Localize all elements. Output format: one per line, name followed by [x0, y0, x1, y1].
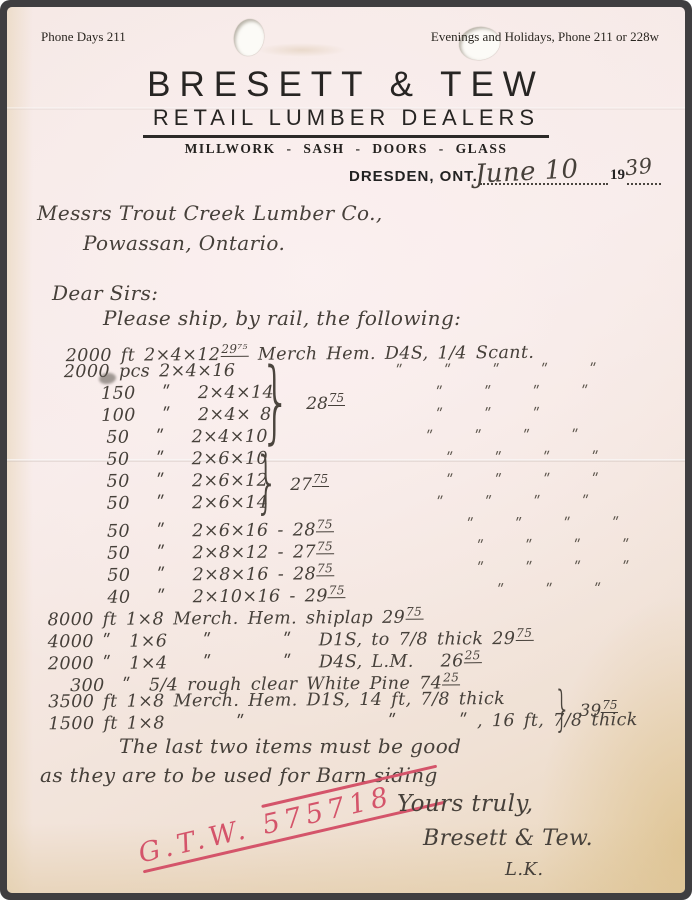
letter-paper: Phone Days 211 Evenings and Holidays, Ph… — [7, 7, 685, 893]
signoff-initials: L.K. — [505, 859, 543, 880]
brace-glyph: } — [554, 685, 571, 733]
price-superscript: 75 — [328, 583, 346, 598]
order-text: 50 ʺ 2×6×12 — [107, 471, 269, 492]
signoff-signature: Bresett & Tew. — [423, 826, 593, 851]
salutation: Dear Sirs: — [52, 281, 158, 305]
phone-evenings-text: Evenings and Holidays, Phone 211 or 228w — [431, 29, 659, 45]
price-superscript: 75 — [515, 626, 533, 641]
place-label: DRESDEN, ONT. — [349, 168, 478, 185]
paper-stain — [257, 43, 347, 57]
price-superscript: 25 — [442, 670, 460, 685]
ditto-marks: ʺ ʺ ʺ ʺ — [446, 446, 599, 469]
order-text: 3500 ft 1×8 Merch. Hem. D1S, 14 ft, 7/8 … — [48, 689, 505, 712]
ditto-marks: ʺ ʺ ʺ ʺ — [477, 556, 630, 579]
opening-line: Please ship, by rail, the following: — [103, 306, 461, 330]
group-price: 2775 — [290, 472, 329, 495]
group-price: 3975 — [580, 698, 619, 721]
recipient-address: Powassan, Ontario. — [83, 231, 285, 255]
brace-glyph: } — [260, 357, 291, 447]
group-brace: }2875 — [247, 357, 345, 447]
price-superscript: 75 — [405, 605, 423, 620]
year-printed: 19 — [610, 167, 625, 185]
price-superscript: 75 — [312, 472, 329, 487]
date-handwritten: June 10 — [474, 154, 579, 189]
phone-days-text: Phone Days 211 — [41, 29, 126, 45]
order-text: 50 ʺ 2×6×10 — [106, 449, 268, 470]
price-superscript: 29⁷⁵ — [220, 342, 249, 357]
order-text: 50 ʺ 2×4×10 — [106, 427, 268, 448]
note-line-1: The last two items must be good — [119, 734, 461, 758]
group-brace: }3975 — [547, 685, 618, 733]
price-superscript: 75 — [316, 539, 334, 554]
ditto-marks: ʺ ʺ ʺ — [497, 578, 601, 601]
price-superscript: 75 — [316, 517, 334, 532]
ditto-marks: ʺ ʺ ʺ ʺ ʺ — [396, 358, 597, 381]
ditto-marks: ʺ ʺ ʺ ʺ — [437, 490, 590, 513]
signoff-closing: Yours truly, — [397, 791, 533, 817]
paper-stain — [7, 7, 33, 893]
brace-glyph: } — [255, 449, 279, 517]
group-price: 2875 — [306, 391, 345, 414]
company-subtitle: RETAIL LUMBER DEALERS — [143, 105, 549, 138]
recipient-name: Messrs Trout Creek Lumber Co., — [37, 201, 383, 225]
group-brace: }2775 — [245, 449, 329, 517]
ditto-marks: ʺ ʺ ʺ ʺ — [426, 425, 579, 448]
ditto-marks: ʺ ʺ ʺ ʺ — [467, 512, 620, 535]
ditto-marks: ʺ ʺ ʺ ʺ — [477, 534, 630, 557]
company-subtitle-wrap: RETAIL LUMBER DEALERS — [7, 105, 685, 138]
ditto-marks: ʺ ʺ ʺ ʺ — [447, 468, 600, 491]
year-handwritten: 39 — [624, 154, 654, 181]
scan-border: Phone Days 211 Evenings and Holidays, Ph… — [0, 0, 692, 900]
punch-hole — [231, 17, 266, 58]
order-text: 2000 pcs 2×4×16 — [64, 361, 236, 382]
price-superscript: 25 — [464, 648, 482, 663]
price-superscript: 75 — [316, 561, 334, 576]
ditto-marks: ʺ ʺ ʺ ʺ — [436, 380, 589, 403]
ditto-marks: ʺ ʺ ʺ — [436, 403, 540, 426]
price-superscript: 75 — [601, 698, 618, 713]
company-name: BRESETT & TEW — [7, 65, 685, 105]
order-lines: 2000 ft 2×4×1229⁷⁵ Merch Hem. D4S, 1/4 S… — [46, 335, 685, 735]
price-superscript: 75 — [328, 391, 345, 406]
products-line: MILLWORK - SASH - DOORS - GLASS — [7, 141, 685, 157]
